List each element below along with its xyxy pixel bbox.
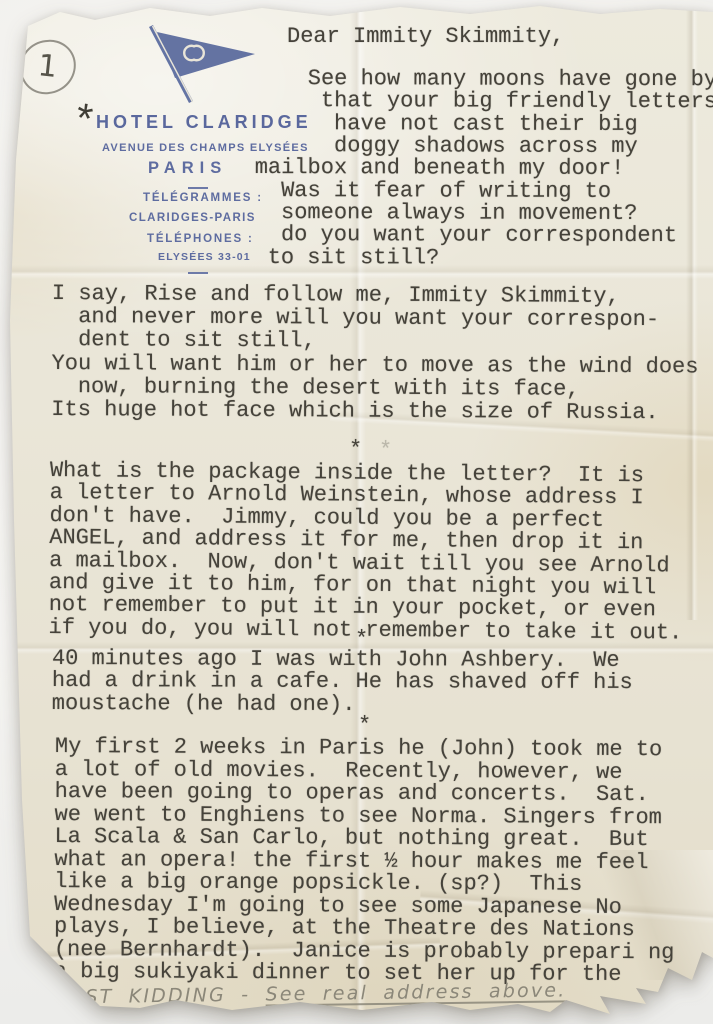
- letterhead-telephones-value: ELYSÉES 33-01: [158, 251, 251, 263]
- letterhead-telephones-label: TÉLÉPHONES :: [147, 233, 254, 245]
- scanned-letter-scene: 1 * HOTEL CLARIDGE AVENUE DES CHAMPS ELY…: [0, 0, 713, 1024]
- handwritten-asterisk-mark: *: [68, 97, 100, 148]
- asterisk-separator-1: *: [349, 437, 362, 462]
- letterhead-city: PARIS: [148, 159, 227, 178]
- page-number: 1: [37, 51, 59, 83]
- letterhead-divider-top: [188, 187, 208, 189]
- claridge-flag-icon: [137, 20, 263, 108]
- letter-stanza: I say, Rise and follow me, Immity Skimmi…: [51, 282, 699, 425]
- letter-paragraph-paris: My first 2 weeks in Paris he (John) took…: [54, 736, 676, 987]
- letter-paragraph-package: What is the package inside the letter? I…: [48, 460, 683, 645]
- letterhead-telegrams-value: CLARIDGES-PARIS: [129, 212, 256, 224]
- asterisk-separator-ghost: *: [379, 438, 392, 463]
- letterhead-divider-bottom: [188, 272, 208, 274]
- letter-salutation: Dear Immity Skimmity,: [287, 26, 564, 48]
- paper-shadow-wrap: 1 * HOTEL CLARIDGE AVENUE DES CHAMPS ELY…: [0, 0, 713, 1024]
- letterhead-telegrams-label: TÉLÉGRAMMES :: [143, 192, 263, 204]
- letter-paragraph-ashbery: 40 minutes ago I was with John Ashbery. …: [52, 648, 633, 717]
- letter-paper: 1 * HOTEL CLARIDGE AVENUE DES CHAMPS ELY…: [0, 0, 713, 1024]
- letter-opening-paragraph: See how many moons have gone by that you…: [254, 68, 713, 270]
- asterisk-separator-3: *: [358, 713, 371, 738]
- page-number-circle: 1: [17, 37, 78, 97]
- handwritten-note-star: *: [44, 982, 58, 1013]
- handwritten-note-text: JUST KIDDING -: [61, 984, 265, 1009]
- handwritten-note: *JUST KIDDING - See real address above.: [44, 975, 567, 1013]
- handwritten-note-underlined-text: See real address above.: [265, 979, 566, 1005]
